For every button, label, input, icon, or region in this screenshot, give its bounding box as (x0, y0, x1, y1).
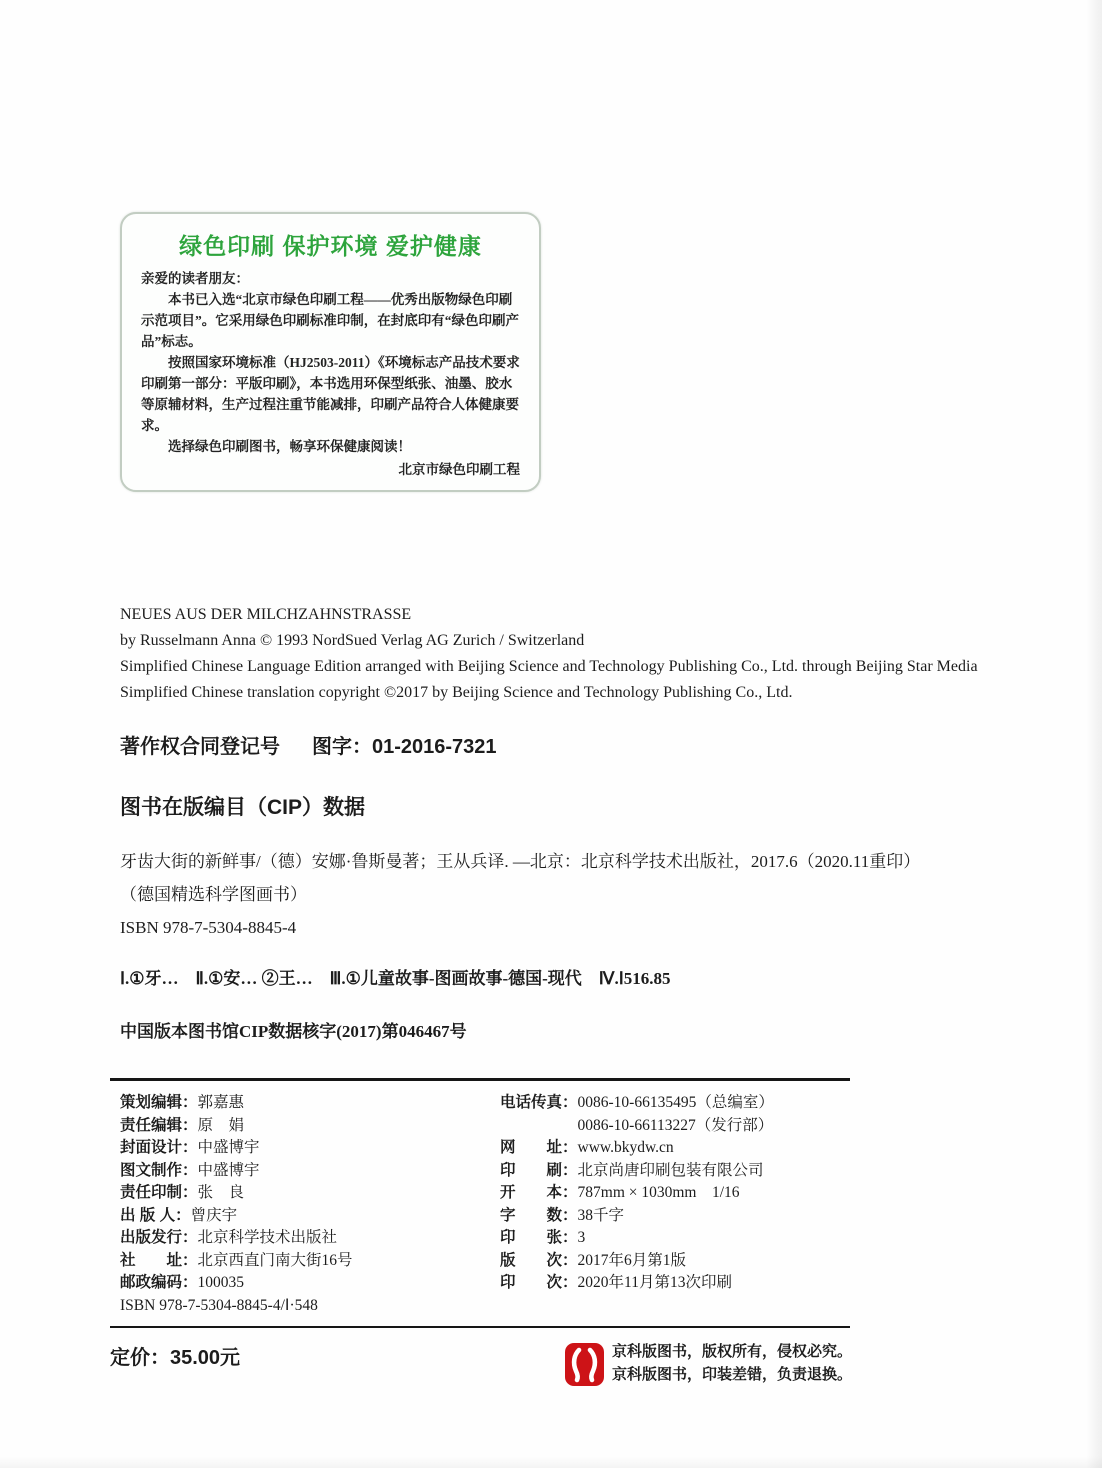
colophon-right-column: 电话传真：0086-10-66135495（总编室） 0086-10-66113… (500, 1092, 850, 1317)
publisher-notice-line: 京科版图书，印装差错，负责退换。 (612, 1364, 852, 1387)
colophon-label: 出 版 人： (120, 1207, 191, 1224)
colophon-label: 电话传真： (500, 1094, 578, 1111)
colophon-label: 印 张： (500, 1229, 578, 1246)
colophon-row: 印 张：3 (500, 1227, 850, 1250)
colophon-value: 2017年6月第1版 (578, 1252, 687, 1269)
price: 定价：35.00元 (110, 1341, 240, 1370)
book-description-line: 牙齿大街的新鲜事/（德）安娜·鲁斯曼著；王从兵译. —北京：北京科学技术出版社，… (120, 845, 1102, 878)
colophon-label: 印 刷： (500, 1162, 578, 1179)
publisher-notice-lines: 京科版图书，版权所有，侵权必究。京科版图书，印装差错，负责退换。 (612, 1341, 852, 1387)
colophon-label: 出版发行： (120, 1229, 198, 1246)
colophon-row: 0086-10-66113227（发行部） (500, 1115, 850, 1138)
colophon-value: 0086-10-66113227（发行部） (578, 1117, 774, 1134)
colophon-row: 图文制作：中盛博宇 (120, 1160, 500, 1183)
colophon-label: 责任编辑： (120, 1117, 198, 1134)
colophon-label: 责任印制： (120, 1184, 198, 1201)
colophon-value: 曾庆宇 (191, 1207, 238, 1224)
page-edge-shadow-bottom (0, 1456, 1102, 1468)
registration-line: 著作权合同登记号图字：01-2016-7321 (120, 730, 1102, 759)
colophon-value: www.bkydw.cn (578, 1139, 674, 1156)
colophon-row: 出版发行：北京科学技术出版社 (120, 1227, 500, 1250)
green-printing-paragraph: 按照国家环境标准（HJ2503-2011）《环境标志产品技术要求 印刷第一部分：… (141, 352, 520, 436)
colophon-row: 责任印制：张 良 (120, 1182, 500, 1205)
colophon-row: 责任编辑：原 娟 (120, 1115, 500, 1138)
colophon-label: 网 址： (500, 1139, 578, 1156)
copyright-line: Simplified Chinese translation copyright… (120, 680, 1102, 706)
colophon-value: 中盛博宇 (198, 1162, 260, 1179)
colophon-row: 邮政编码：100035 (120, 1272, 500, 1295)
colophon-label: 版 次： (500, 1252, 578, 1269)
colophon-label: 字 数： (500, 1207, 578, 1224)
colophon-label: 印 次： (500, 1274, 578, 1291)
colophon-row: 字 数：38千字 (500, 1205, 850, 1228)
green-printing-title: 绿色印刷 保护环境 爱护健康 (141, 228, 520, 261)
green-printing-box: 绿色印刷 保护环境 爱护健康 亲爱的读者朋友： 本书已入选“北京市绿色印刷工程—… (120, 212, 541, 492)
colophon-label (500, 1117, 578, 1134)
cip-heading: 图书在版编目（CIP）数据 (120, 791, 1102, 821)
bottom-row: 定价：35.00元 京科版图书，版权所有，侵权必究。京科版图书，印装差错，负责退… (110, 1341, 852, 1387)
reader-salutation: 亲爱的读者朋友： (141, 268, 520, 289)
registration-label: 著作权合同登记号 (120, 736, 280, 758)
cip-record-number: 中国版本图书馆CIP数据核字(2017)第046467号 (120, 1017, 1102, 1042)
page-edge-shadow-right (1086, 0, 1102, 1468)
colophon-value: 北京尚唐印刷包装有限公司 (578, 1162, 764, 1179)
book-description: 牙齿大街的新鲜事/（德）安娜·鲁斯曼著；王从兵译. —北京：北京科学技术出版社，… (120, 845, 1102, 944)
colophon-label: 开 本： (500, 1184, 578, 1201)
colophon-row: 策划编辑：郭嘉惠 (120, 1092, 500, 1115)
colophon-row: 社 址：北京西直门南大街16号 (120, 1250, 500, 1273)
colophon-row: 印 次：2020年11月第13次印刷 (500, 1272, 850, 1295)
colophon-row: 开 本：787mm × 1030mm 1/16 (500, 1182, 850, 1205)
book-description-line: （德国精选科学图画书） (120, 878, 1102, 911)
colophon-label: 图文制作： (120, 1162, 198, 1179)
green-printing-signature: 北京市绿色印刷工程 (141, 459, 520, 480)
colophon-row: 网 址：www.bkydw.cn (500, 1137, 850, 1160)
copyright-page: 绿色印刷 保护环境 爱护健康 亲爱的读者朋友： 本书已入选“北京市绿色印刷工程—… (0, 0, 1102, 1468)
colophon-label: 封面设计： (120, 1139, 198, 1156)
registration-number: 图字：01-2016-7321 (312, 736, 497, 758)
publisher-notice-line: 京科版图书，版权所有，侵权必究。 (612, 1341, 852, 1364)
colophon-value: ISBN 978-7-5304-8845-4/Ⅰ·548 (120, 1297, 318, 1314)
colophon-value: 2020年11月第13次印刷 (578, 1274, 732, 1291)
green-printing-body: 亲爱的读者朋友： 本书已入选“北京市绿色印刷工程——优秀出版物绿色印刷示范项目”… (141, 268, 520, 480)
colophon-value: 38千字 (578, 1207, 625, 1224)
publisher-logo-icon (564, 1342, 605, 1387)
cip-classification: Ⅰ.①牙… Ⅱ.①安… ②王… Ⅲ.①儿童故事-图画故事-德国-现代 Ⅳ.Ⅰ51… (120, 964, 1102, 989)
colophon-left-column: 策划编辑：郭嘉惠责任编辑：原 娟封面设计：中盛博宇图文制作：中盛博宇责任印制：张… (120, 1092, 500, 1317)
book-description-line: ISBN 978-7-5304-8845-4 (120, 911, 1102, 944)
colophon-value: 郭嘉惠 (198, 1094, 245, 1111)
colophon-value: 北京科学技术出版社 (198, 1229, 338, 1246)
colophon-value: 3 (578, 1229, 586, 1246)
colophon-value: 张 良 (198, 1184, 245, 1201)
copyright-line: by Russelmann Anna © 1993 NordSued Verla… (120, 628, 1102, 654)
green-printing-paragraph: 本书已入选“北京市绿色印刷工程——优秀出版物绿色印刷示范项目”。它采用绿色印刷标… (141, 289, 520, 352)
colophon-row: 出 版 人：曾庆宇 (120, 1205, 500, 1228)
colophon-row: ISBN 978-7-5304-8845-4/Ⅰ·548 (120, 1295, 500, 1318)
colophon-value: 中盛博宇 (198, 1139, 260, 1156)
colophon-row: 印 刷：北京尚唐印刷包装有限公司 (500, 1160, 850, 1183)
colophon-row: 封面设计：中盛博宇 (120, 1137, 500, 1160)
colophon-value: 原 娟 (198, 1117, 245, 1134)
colophon-row: 版 次：2017年6月第1版 (500, 1250, 850, 1273)
colophon-value: 北京西直门南大街16号 (198, 1252, 353, 1269)
green-printing-paragraph: 选择绿色印刷图书，畅享环保健康阅读！ (141, 436, 520, 457)
copyright-line: Simplified Chinese Language Edition arra… (120, 654, 1102, 680)
colophon-label: 社 址： (120, 1252, 198, 1269)
copyright-block: NEUES AUS DER MILCHZAHNSTRASSEby Russelm… (120, 602, 1102, 706)
publisher-notice: 京科版图书，版权所有，侵权必究。京科版图书，印装差错，负责退换。 (564, 1341, 852, 1387)
colophon-label: 策划编辑： (120, 1094, 198, 1111)
colophon-value: 787mm × 1030mm 1/16 (578, 1184, 740, 1201)
colophon-row: 电话传真：0086-10-66135495（总编室） (500, 1092, 850, 1115)
colophon-value: 100035 (198, 1274, 245, 1291)
copyright-line: NEUES AUS DER MILCHZAHNSTRASSE (120, 602, 1102, 628)
colophon-table: 策划编辑：郭嘉惠责任编辑：原 娟封面设计：中盛博宇图文制作：中盛博宇责任印制：张… (110, 1078, 850, 1328)
colophon-label: 邮政编码： (120, 1274, 198, 1291)
colophon-value: 0086-10-66135495（总编室） (578, 1094, 774, 1111)
